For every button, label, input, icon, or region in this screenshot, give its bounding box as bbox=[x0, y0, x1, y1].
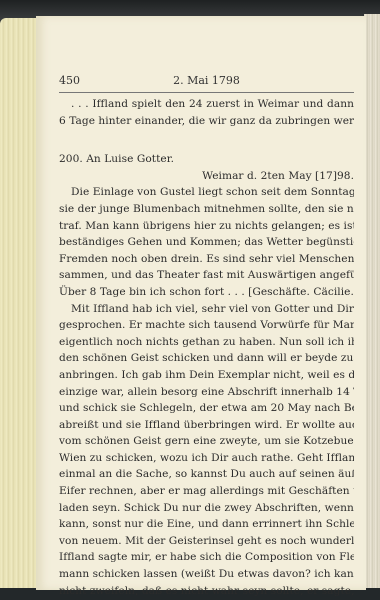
letter-line: laden seyn. Schick Du nur die zwey Absch… bbox=[59, 500, 354, 517]
letter-line: und schick sie Schlegeln, der etwa am 20… bbox=[59, 400, 354, 417]
letter-line: vom schönen Geist gern eine zweyte, um s… bbox=[59, 433, 354, 450]
letter-line: kann, sonst nur die Eine, und dann errin… bbox=[59, 516, 354, 533]
letter-line: Die Einlage von Gustel liegt schon seit … bbox=[59, 184, 354, 201]
page-header: 450 2. Mai 1798 bbox=[59, 74, 354, 90]
letter-line: Eifer rechnen, aber er mag allerdings mi… bbox=[59, 483, 354, 500]
page-stack-edge bbox=[0, 18, 38, 590]
letter-line: Über 8 Tage bin ich schon fort . . . [Ge… bbox=[59, 284, 354, 301]
letter-body: Die Einlage von Gustel liegt schon seit … bbox=[59, 184, 354, 599]
page-body: . . . Iffland spielt den 24 zuerst in We… bbox=[59, 96, 354, 599]
letter-line: anbringen. Ich gab ihm Dein Exemplar nic… bbox=[59, 367, 354, 384]
letter-line: Fremden noch oben drein. Es sind sehr vi… bbox=[59, 251, 354, 268]
letter-dateline: Weimar d. 2ten May [17]98. bbox=[59, 168, 354, 185]
letter-line: Mit Iffland hab ich viel, sehr viel von … bbox=[59, 301, 354, 318]
letter-line: eigentlich noch nichts gethan zu haben. … bbox=[59, 334, 354, 351]
letter-line: Iffland sagte mir, er habe sich die Comp… bbox=[59, 549, 354, 566]
letter-line: den schönen Geist schicken und dann will… bbox=[59, 350, 354, 367]
letter-line: sammen, und das Theater fast mit Auswärt… bbox=[59, 267, 354, 284]
section-gap bbox=[59, 129, 354, 151]
book-right-edge bbox=[364, 14, 380, 592]
letter-line: sie der junge Blumenbach mitnehmen sollt… bbox=[59, 201, 354, 218]
running-head: 2. Mai 1798 bbox=[59, 74, 354, 87]
letter-line: abreißt und sie Iffland überbringen wird… bbox=[59, 417, 354, 434]
prev-letter-line: 6 Tage hinter einander, die wir ganz da … bbox=[59, 113, 354, 130]
letter-line: von neuem. Mit der Geisterinsel geht es … bbox=[59, 533, 354, 550]
letter-line: beständiges Gehen und Kommen; das Wetter… bbox=[59, 234, 354, 251]
letter-line: traf. Man kann übrigens hier zu nichts g… bbox=[59, 218, 354, 235]
letter-line: einmal an die Sache, so kannst Du auch a… bbox=[59, 466, 354, 483]
letter-heading: 200. An Luise Gotter. bbox=[59, 151, 354, 168]
letter-line: mann schicken lassen (weißt Du etwas dav… bbox=[59, 566, 354, 583]
letter-line: gesprochen. Er machte sich tausend Vorwü… bbox=[59, 317, 354, 334]
letter-line: Wien zu schicken, wozu ich Dir auch rath… bbox=[59, 450, 354, 467]
letter-line: nicht zweifeln, daß es nicht wahr seyn s… bbox=[59, 583, 354, 600]
header-rule bbox=[59, 92, 354, 93]
letter-line: einzige war, allein besorg eine Abschrif… bbox=[59, 384, 354, 401]
prev-letter-line: . . . Iffland spielt den 24 zuerst in We… bbox=[59, 96, 354, 113]
